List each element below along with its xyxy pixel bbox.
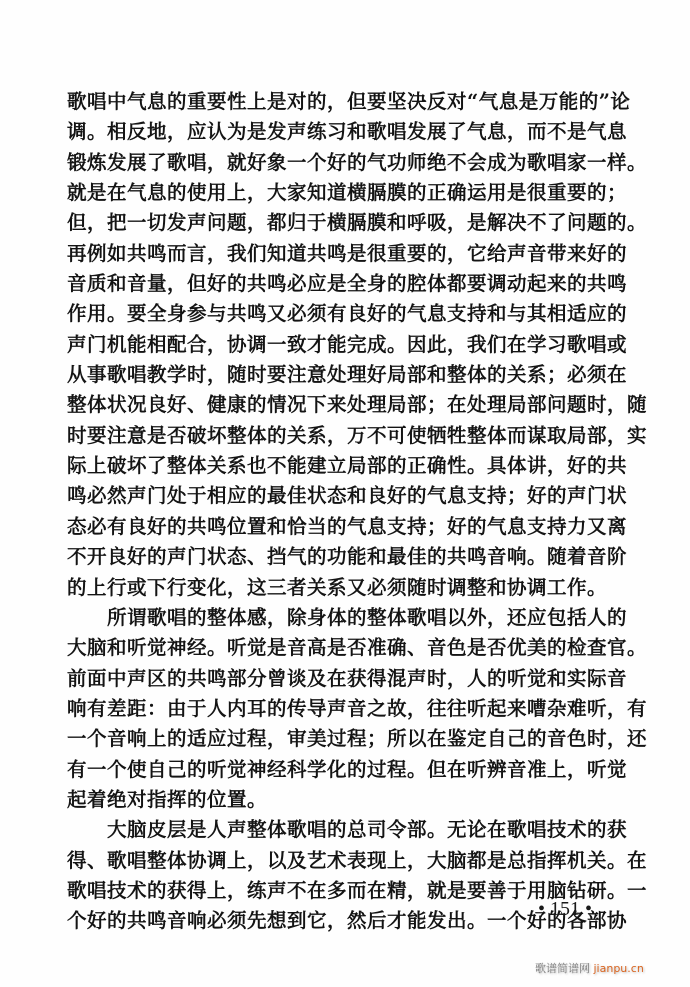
text-line: 再例如共鸣而言，我们知道共鸣是很重要的，它给声音带来好的 — [67, 239, 617, 269]
text-line: 态必有良好的共鸣位置和恰当的气息支持；好的气息支持力又离 — [67, 512, 617, 542]
paragraph-3: 大脑皮层是人声整体歌唱的总司令部。无论在歌唱技术的获 得、歌唱整体协调上，以及艺… — [67, 815, 617, 936]
text-line: 声门机能相配合，协调一致才能完成。因此，我们在学习歌唱或 — [67, 330, 617, 360]
text-line: 从事歌唱教学时，随时要注意处理好局部和整体的关系；必须在 — [67, 360, 617, 390]
text-line: 际上破坏了整体关系也不能建立局部的正确性。具体讲，好的共 — [67, 451, 617, 481]
text-line: 鸣必然声门处于相应的最佳状态和良好的气息支持；好的声门状 — [67, 481, 617, 511]
text-line: 不开良好的声门状态、挡气的功能和最佳的共鸣音响。随着音阶 — [67, 542, 617, 572]
text-line: 的上行或下行变化，这三者关系又必须随时调整和协调工作。 — [67, 573, 617, 603]
text-line: 有一个使自己的听觉神经科学化的过程。但在听辨音准上，听觉 — [67, 755, 617, 785]
text-line: 但，把一切发声问题，都归于横膈膜和呼吸，是解决不了问题的。 — [67, 208, 617, 238]
text-line: 就是在气息的使用上，大家知道横膈膜的正确运用是很重要的； — [67, 178, 617, 208]
watermark-url: jianpu.cn — [594, 962, 644, 975]
text-line: 响有差距：由于人内耳的传导声音之故，往往听起来嘈杂难听，有 — [67, 694, 617, 724]
text-line: 起着绝对指挥的位置。 — [67, 785, 617, 815]
text-line: 一个音响上的适应过程，审美过程；所以在鉴定自己的音色时，还 — [67, 724, 617, 754]
paragraph-2: 所谓歌唱的整体感，除身体的整体歌唱以外，还应包括人的 大脑和听觉神经。听觉是音高… — [67, 603, 617, 815]
page-number: • 151 • — [538, 898, 592, 921]
text-line: 大脑皮层是人声整体歌唱的总司令部。无论在歌唱技术的获 — [67, 815, 617, 845]
watermark: 歌谱简谱网 jianpu.cn — [535, 960, 644, 976]
text-line: 歌唱中气息的重要性上是对的，但要坚决反对“气息是万能的”论 — [67, 87, 617, 117]
text-line: 时要注意是否破坏整体的关系，万不可使牺牲整体而谋取局部，实 — [67, 421, 617, 451]
text-line: 得、歌唱整体协调上，以及艺术表现上，大脑都是总指挥机关。在 — [67, 846, 617, 876]
document-page: 歌唱中气息的重要性上是对的，但要坚决反对“气息是万能的”论 调。相反地，应认为是… — [0, 0, 690, 987]
text-line: 调。相反地，应认为是发声练习和歌唱发展了气息，而不是气息 — [67, 117, 617, 147]
text-line: 作用。要全身参与共鸣又必须有良好的气息支持和与其相适应的 — [67, 299, 617, 329]
text-line: 音质和音量，但好的共鸣必应是全身的腔体都要调动起来的共鸣 — [67, 269, 617, 299]
text-line: 所谓歌唱的整体感，除身体的整体歌唱以外，还应包括人的 — [67, 603, 617, 633]
text-line: 前面中声区的共鸣部分曾谈及在获得混声时，人的听觉和实际音 — [67, 664, 617, 694]
text-line: 整体状况良好、健康的情况下来处理局部；在处理局部问题时，随 — [67, 390, 617, 420]
text-line: 锻炼发展了歌唱，就好象一个好的气功师绝不会成为歌唱家一样。 — [67, 148, 617, 178]
paragraph-1: 歌唱中气息的重要性上是对的，但要坚决反对“气息是万能的”论 调。相反地，应认为是… — [67, 87, 617, 603]
watermark-site-name: 歌谱简谱网 — [535, 962, 590, 975]
text-line: 个好的共鸣音响必须先想到它，然后才能发出。一个好的各部协 — [67, 906, 617, 936]
body-text: 歌唱中气息的重要性上是对的，但要坚决反对“气息是万能的”论 调。相反地，应认为是… — [67, 87, 617, 937]
text-line: 大脑和听觉神经。听觉是音高是否准确、音色是否优美的检查官。 — [67, 633, 617, 663]
text-line: 歌唱技术的获得上，练声不在多而在精，就是要善于用脑钻研。一 — [67, 876, 617, 906]
